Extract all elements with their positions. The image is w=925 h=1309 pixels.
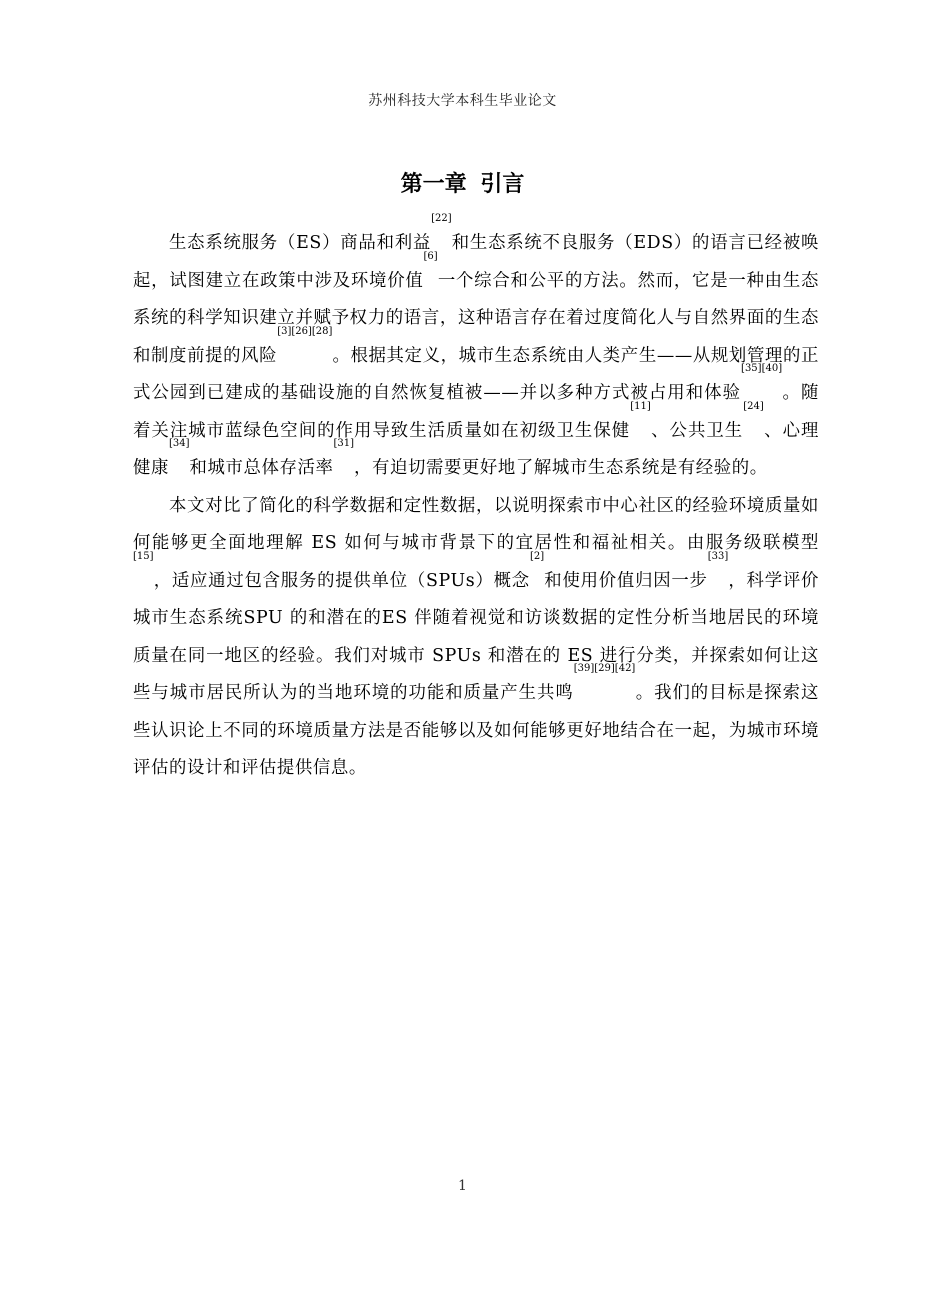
text-run: 本文对比了简化的科学数据和定性数据，以说明探索市中心社区的经验环境质量如何能够更…	[133, 496, 819, 554]
citation-ref: [2]	[530, 551, 544, 562]
citation-ref: [39][29][42]	[574, 663, 636, 674]
paragraph-1: 生态系统服务（ES）商品和利益[22]和生态系统不良服务（EDS）的语言已经被唤…	[133, 225, 819, 488]
text-run: 和城市总体存活率	[190, 458, 334, 478]
paragraph-2: 本文对比了简化的科学数据和定性数据，以说明探索市中心社区的经验环境质量如何能够更…	[133, 488, 819, 788]
document-page: 苏州科技大学本科生毕业论文 第一章 引言 生态系统服务（ES）商品和利益[22]…	[0, 0, 925, 1309]
page-number: 1	[0, 1178, 925, 1194]
text-run: ，有迫切需要更好地了解城市生态系统是有经验的。	[354, 458, 768, 478]
citation-ref: [3][26][28]	[277, 326, 332, 337]
text-run: 生态系统服务（ES）商品和利益	[169, 233, 431, 253]
citation-ref: [22]	[431, 213, 452, 224]
chapter-title: 第一章 引言	[0, 167, 925, 198]
citation-ref: [24]	[743, 401, 764, 412]
citation-ref: [31]	[333, 438, 354, 449]
citation-ref: [11]	[630, 401, 651, 412]
citation-ref: [34]	[169, 438, 190, 449]
text-run: 、公共卫生	[651, 421, 744, 441]
text-run: ，适应通过包含服务的提供单位（SPUs）概念	[154, 571, 530, 591]
citation-ref: [33]	[708, 551, 729, 562]
citation-ref: [6]	[424, 251, 438, 262]
citation-ref: [35][40]	[741, 363, 782, 374]
running-header: 苏州科技大学本科生毕业论文	[0, 90, 925, 110]
text-run: 和使用价值归因一步	[544, 571, 708, 591]
citation-ref: [15]	[133, 551, 154, 562]
body-text: 生态系统服务（ES）商品和利益[22]和生态系统不良服务（EDS）的语言已经被唤…	[133, 225, 819, 788]
